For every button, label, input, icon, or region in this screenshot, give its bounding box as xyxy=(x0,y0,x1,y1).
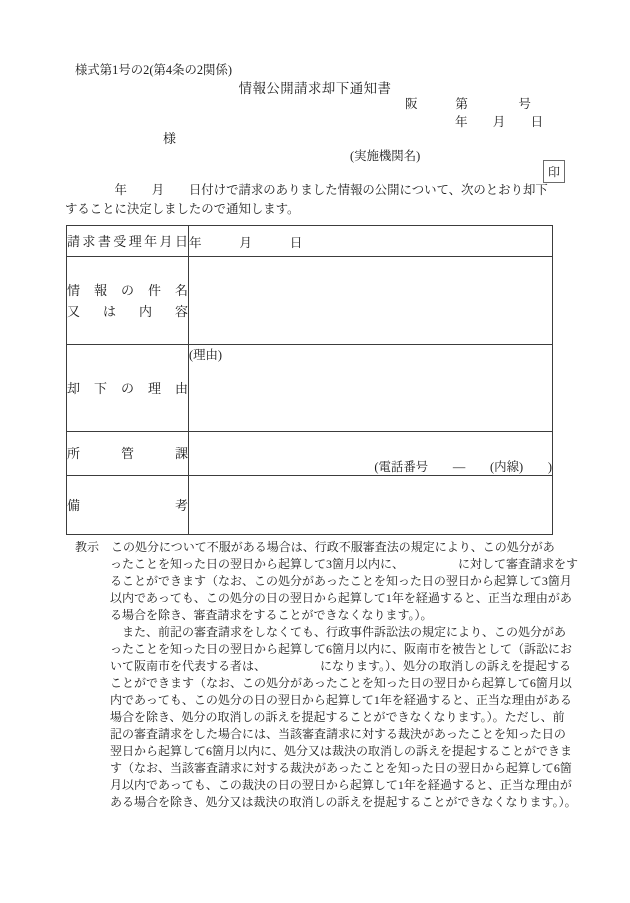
row-value-remarks xyxy=(189,476,553,535)
appeal-line: ある場合を除き、処分又は裁決の取消しの訴えを提起することができなくなります。）。 xyxy=(110,794,578,811)
appeal-line: 場合を除き、処分の取消しの訴えを提起することができなくなります。）。ただし、前 xyxy=(110,709,578,726)
table-row-rejection-reason: 却下の理由 (理由) xyxy=(67,345,553,432)
row-value-receipt-date: 年 月 日 xyxy=(189,226,553,257)
official-seal-box: 印 xyxy=(543,160,565,183)
appeal-line: いて阪南市を代表する者は、 になります。）、処分の取消しの訴えを提起する xyxy=(110,658,578,675)
appeal-line: る場合を除き、審査請求をすることができなくなります。）。 xyxy=(110,607,578,624)
issuing-agency-label: (実施機関名) xyxy=(350,146,420,164)
appeal-line: 翌日から起算して6箇月以内に、処分又は裁決の取消しの訴えを提起することができま xyxy=(110,743,578,760)
intro-line: 年 月 日付けで請求のありました情報の公開について、次のとおり却下 xyxy=(65,181,548,200)
appeal-line: 以内であっても、この処分の日の翌日から起算して1年を経過すると、正当な理由があ xyxy=(110,590,578,607)
table-row-responsible-section: 所管課 (電話番号 ― (内線) ) xyxy=(67,432,553,476)
seal-character: 印 xyxy=(548,163,560,180)
table-row-receipt-date: 請求書受理年月日 年 月 日 xyxy=(67,226,553,257)
request-details-table: 請求書受理年月日 年 月 日 情報の件名 又は内容 却下の理由 (理由) 所管課… xyxy=(66,225,553,535)
appeal-line: ることができます（なお、この処分があったことを知った日の翌日から起算して3箇月 xyxy=(110,573,578,590)
form-code: 様式第1号の2(第4条の2関係) xyxy=(75,60,232,78)
row-label: 請求書受理年月日 xyxy=(67,226,189,257)
row-label: 所管課 xyxy=(67,432,189,476)
appeal-line: また、前記の審査請求をしなくても、行政事件訴訟法の規定により、この処分があ xyxy=(110,624,578,641)
intro-line: することに決定しましたので通知します。 xyxy=(65,200,548,219)
document-title: 情報公開請求却下通知書 xyxy=(0,78,630,97)
appeal-instructions: 教示 この処分について不服がある場合は、行政不服審査法の規定により、この処分があ… xyxy=(75,539,578,811)
appeal-line: す（なお、当該審査請求に対する裁決があったことを知った日の翌日から起算して6箇 xyxy=(110,760,578,777)
appeal-line: 月以内であっても、この裁決の日の翌日から起算して1年を経過すると、正当な理由が xyxy=(110,777,578,794)
row-label: 却下の理由 xyxy=(67,345,189,432)
table-row-remarks: 備考 xyxy=(67,476,553,535)
document-page: 様式第1号の2(第4条の2関係) 情報公開請求却下通知書 阪 第 号 年 月 日… xyxy=(0,0,630,903)
row-value-rejection-reason: (理由) xyxy=(189,345,553,432)
addressee-honorific: 様 xyxy=(163,128,176,147)
row-value-phone: (電話番号 ― (内線) ) xyxy=(189,432,553,476)
appeal-line: ことができます（なお、この処分があったことを知った日の翌日から起算して6箇月以 xyxy=(110,675,578,692)
appeal-line: ったことを知った日の翌日から起算して3箇月以内に、 に対して審査請求をす xyxy=(110,556,578,573)
appeal-line: ったことを知った日の翌日から起算して6箇月以内に、阪南市を被告として（訴訟にお xyxy=(110,641,578,658)
row-label: 備考 xyxy=(67,476,189,535)
appeal-line: 教示 この処分について不服がある場合は、行政不服審査法の規定により、この処分があ xyxy=(75,539,578,556)
document-number-line: 阪 第 号 xyxy=(405,93,531,112)
appeal-line: 内であっても、この処分の日の翌日から起算して1年を経過すると、正当な理由がある xyxy=(110,692,578,709)
appeal-line: 記の審査請求をした場合には、当該審査請求に対する裁決があったことを知った日の xyxy=(110,726,578,743)
row-label: 情報の件名 又は内容 xyxy=(67,257,189,345)
issue-date-line: 年 月 日 xyxy=(455,111,543,130)
intro-paragraph: 年 月 日付けで請求のありました情報の公開について、次のとおり却下 することに決… xyxy=(65,181,548,218)
table-row-information-name: 情報の件名 又は内容 xyxy=(67,257,553,345)
row-value-information-name xyxy=(189,257,553,345)
